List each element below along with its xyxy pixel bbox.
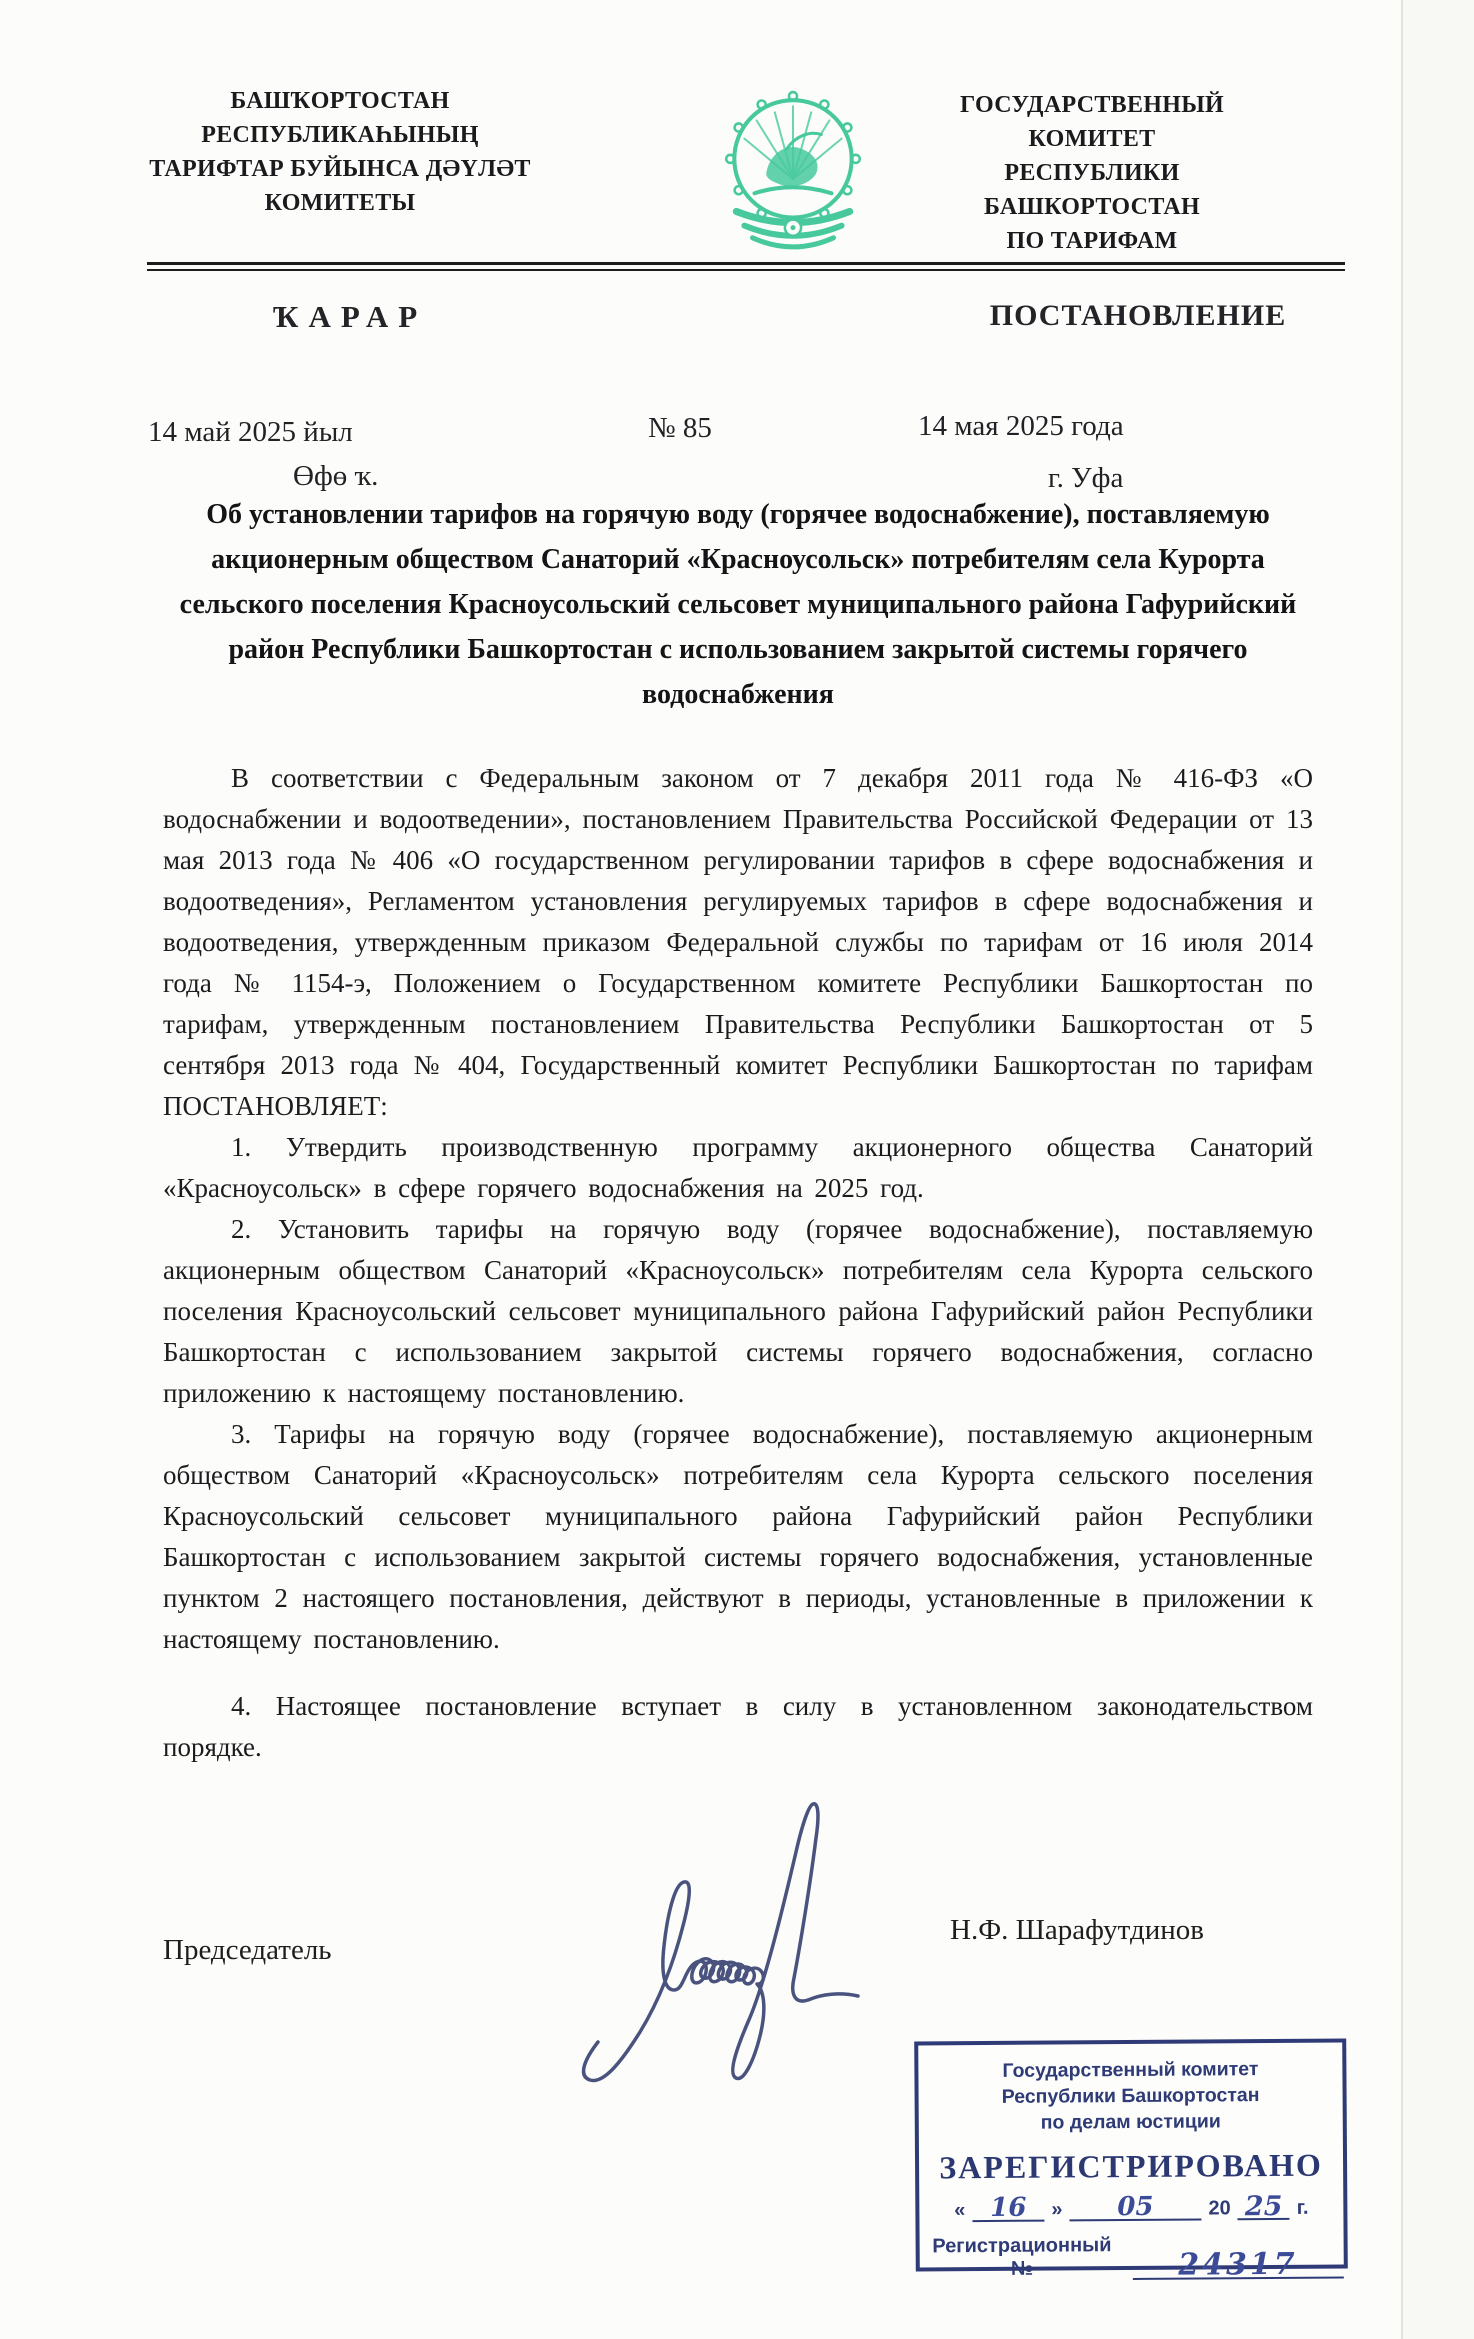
stamp-org-line: Республики Башкортостан [919,2082,1343,2111]
doc-date-russian: 14 мая 2025 года [918,410,1124,443]
stamp-day-handwritten: 16 [972,2196,1044,2223]
stamp-org-line: Государственный комитет [918,2056,1342,2085]
chairman-name: Н.Ф. Шарафутдинов [950,1914,1204,1947]
doc-city-russian: г. Уфа [1048,462,1123,495]
doc-type-russian: ПОСТАНОВЛЕНИЕ [928,299,1348,333]
org-name-bashkir-line: КОМИТЕТЫ [138,186,542,220]
org-name-bashkir: БАШҠОРТОСТАН РЕСПУБЛИКАҺЫНЫҢ ТАРИФТАР БУ… [138,84,542,220]
stamp-year-prefix: 20 [1208,2197,1230,2220]
header-divider-rule [147,262,1345,271]
org-name-bashkir-line: ТАРИФТАР БУЙЫНСА ДӘҮЛӘТ [138,152,542,186]
stamp-reg-label: Регистрационный № [920,2234,1125,2281]
intro-paragraph: В соответствии с Федеральным законом от … [163,758,1313,1127]
stamp-month-handwritten: 05 [1069,2195,1201,2222]
stamp-year-handwritten: 25 [1238,2195,1290,2220]
org-name-russian: ГОСУДАРСТВЕННЫЙ КОМИТЕТ РЕСПУБЛИКИ БАШКО… [903,88,1281,258]
doc-title: Об установлении тарифов на горячую воду … [176,492,1300,717]
document-page: БАШҠОРТОСТАН РЕСПУБЛИКАҺЫНЫҢ ТАРИФТАР БУ… [0,0,1474,2339]
body-item-3: 3. Тарифы на горячую воду (горячее водос… [163,1414,1313,1660]
doc-type-bashkir: ҠАРАР [158,299,542,335]
signature-stroke-icon [570,1784,894,2102]
registration-stamp: Государственный комитет Республики Башко… [914,2038,1348,2271]
scan-edge-strip [1403,0,1474,2339]
stamp-close-quote: » [1051,2198,1062,2221]
body-item-2: 2. Установить тарифы на горячую воду (го… [163,1209,1313,1414]
org-name-bashkir-line: БАШҠОРТОСТАН РЕСПУБЛИКАҺЫНЫҢ [138,84,542,152]
chairman-label: Председатель [163,1934,332,1967]
stamp-open-quote: « [954,2199,965,2222]
org-name-russian-line: ГОСУДАРСТВЕННЫЙ КОМИТЕТ [903,88,1281,156]
scan-edge-line [1401,0,1403,2339]
stamp-reg-number-handwritten: 24317 [1132,2252,1344,2280]
stamp-reg-row: Регистрационный № 24317 [920,2233,1344,2282]
stamp-date-row: « 16 » 05 20 25 г. [919,2194,1343,2223]
body-item-1: 1. Утвердить производственную программу … [163,1127,1313,1209]
stamp-org-line: по делам юстиции [919,2108,1343,2137]
doc-number: № 85 [648,412,712,445]
doc-body: В соответствии с Федеральным законом от … [163,758,1313,1768]
registered-label: ЗАРЕГИСТРИРОВАНО [919,2147,1343,2187]
doc-city-bashkir: Өфө ҡ. [293,460,378,493]
bashkortostan-coat-of-arms-icon [716,86,870,258]
stamp-org-name: Государственный комитет Республики Башко… [918,2056,1343,2137]
stamp-year-suffix: г. [1297,2197,1309,2220]
org-name-russian-line: ПО ТАРИФАМ [903,224,1281,258]
body-item-4: 4. Настоящее постановление вступает в си… [163,1686,1313,1768]
doc-date-bashkir: 14 май 2025 йыл [148,416,353,449]
org-name-russian-line: РЕСПУБЛИКИ БАШКОРТОСТАН [903,156,1281,224]
